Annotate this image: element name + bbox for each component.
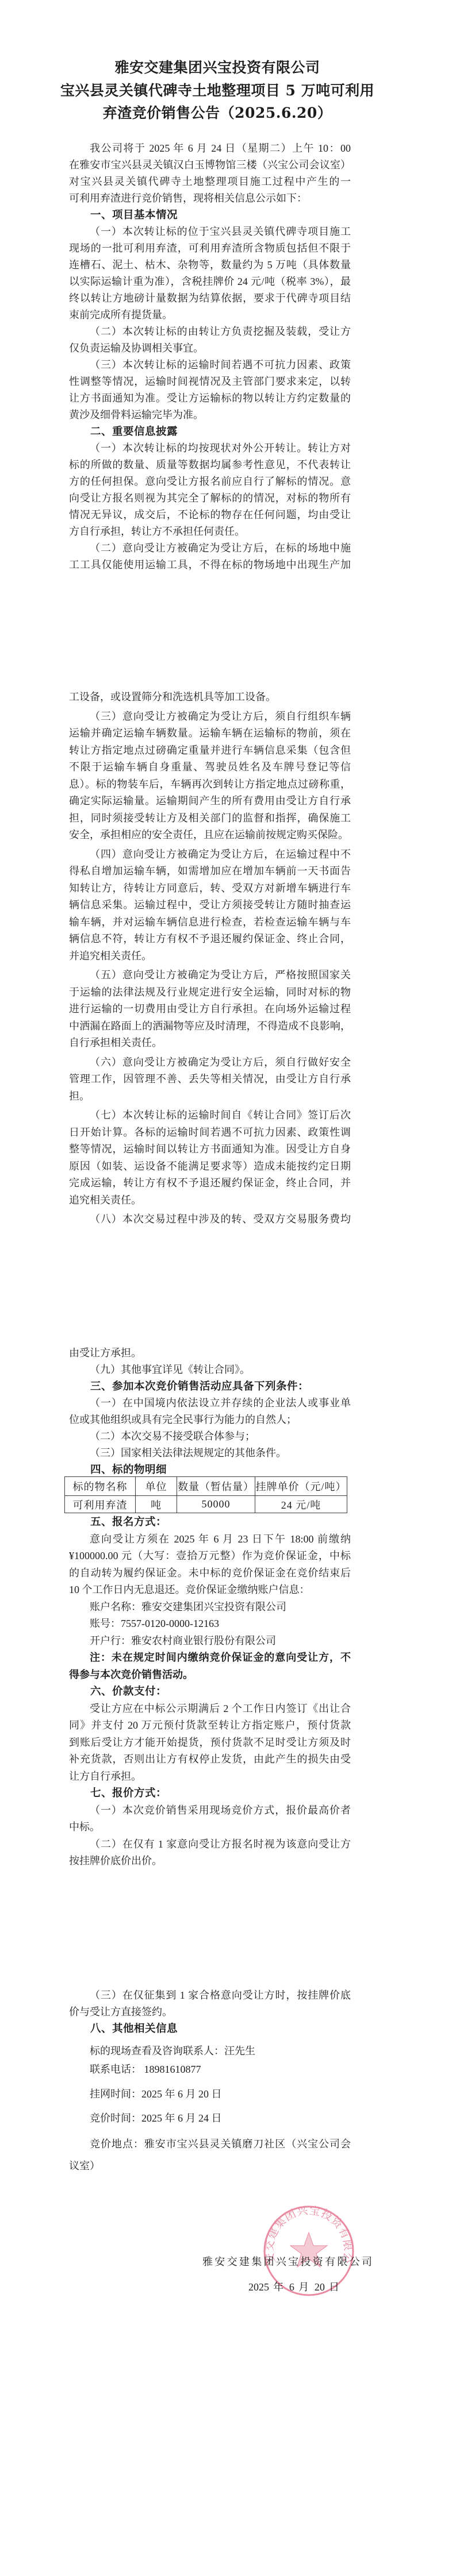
text-line: 于运输的法律法规及行业规定进行安全运输，同时对标的物 (69, 984, 351, 1001)
text-line: 运输并确定运输车辆数量。运输车辆在运输标的物前，须在 (69, 725, 351, 742)
text-line: 注：未在规定时间内缴纳竞价保证金的意向受让方，不 (69, 1649, 351, 1667)
text-line: 标的所做的数量、质量等数据均属参考性意见，不代表转让 (69, 457, 351, 473)
table-row: 可利用弃渣 吨 50000 24 元/吨 (65, 1496, 347, 1513)
text-line: 安全，承担相应的安全责任，且应在运输前按规定购买保险。 (69, 827, 351, 844)
section-heading-3: 三、参加本次竞价销售活动应具备下列条件： (69, 1378, 351, 1395)
section-heading-4: 四、标的物明细 (69, 1461, 351, 1478)
text-line: （二）本次转让标的由转让方负责挖掘及装载，受让方 (69, 323, 351, 340)
text-line: 转让方指定地点过磅确定重量并进行车辆信息采集（包含但 (69, 742, 351, 759)
text-line: 终以转让方地磅计量数据为结算依据，要求于代碑寺项目结 (69, 290, 351, 307)
section-heading-7: 七、报价方式： (69, 1785, 351, 1802)
column-header: 单位 (136, 1477, 177, 1496)
account-name: 账户名称：雅安交建集团兴宝投资有限公司 (69, 1599, 351, 1616)
text-line: （三）意向受让方被确定为受让方后，须自行组织车辆 (69, 708, 351, 726)
paragraph: （三）意向受让方被确定为受让方后，须自行组织车辆运输并确定运输车辆数量。运输车辆… (69, 708, 351, 844)
table-header-row: 标的物名称 单位 数量（暂估量） 挂牌单价（元/吨） (65, 1477, 347, 1496)
paragraph: （二）意向受让方被确定为受让方后，在标的场地中施工工具仅能使用运输工具，不得在标… (69, 540, 351, 573)
text-line: 得参与本次竞价销售活动。 (69, 1667, 351, 1684)
text-line: 输车辆，并对运输车辆信息进行检查，若检查运输车辆与车 (69, 914, 351, 931)
text-line: （一）在中国境内依法设立并存续的企业法人或事业单 (69, 1395, 351, 1412)
text-line: 中标。 (69, 1819, 351, 1836)
table-cell-unit: 吨 (136, 1496, 177, 1513)
text-line: 担，同时须接受转让方及相关部门的监督和指挥，确保施工 (69, 810, 351, 827)
text-line: 补充货款，否则出让方有权停止发货，由此产生的损失由受 (69, 1751, 351, 1768)
text-line: 以实际运输计重为准），含税挂牌价 24 元/吨（税率 3%），最 (69, 273, 351, 290)
paragraph: （二）本次交易不接受联合体参与； (69, 1428, 351, 1445)
paragraph: （九）其他事宜详见《转让合同》。 (69, 1362, 351, 1378)
text-line: 追究相关责任。 (69, 1192, 351, 1209)
table-cell-item-name: 可利用弃渣 (65, 1496, 136, 1513)
signature-date: 2025 年 6 月 20 日 (248, 2278, 339, 2296)
text-line: 方的任何担保。意向受让方报名前应自行了解标的情况。意 (69, 473, 351, 490)
document-title: 雅安交建集团兴宝投资有限公司 宝兴县灵关镇代碑寺土地整理项目 5 万吨可利用 弃… (46, 56, 389, 125)
posting-date: 挂网时间：2025 年 6 月 20 日 (69, 2086, 351, 2103)
table-cell-quantity: 50000 (177, 1496, 255, 1513)
paragraph: 意向受让方须在 2025 年 6 月 23 日下午 18:00 前缴纳¥1000… (69, 1531, 351, 1599)
paragraph: （一）本次转让标的位于宝兴县灵关镇代碑寺项目施工现场的一批可利用弃渣，可利用弃渣… (69, 223, 351, 323)
paragraph: （七）本次转让标的运输时间自《转让合同》签订后次日开始计算。各标的运输时间若遇不… (69, 1107, 351, 1209)
text-line: 完成运输，转让方有权不予退还履约保证金，终止合同，并 (69, 1175, 351, 1192)
text-line: 息）。标的物装车后，车辆再次到转让方指定地点过磅称重， (69, 776, 351, 793)
text-line: 方自行承担，转让方不承担任何责任。 (69, 523, 351, 540)
section-heading-5: 五、报名方式： (69, 1514, 351, 1531)
signature-company: 雅安交建集团兴宝投资有限公司 (202, 2253, 372, 2270)
text-line: （八）本次交易过程中涉及的转、受双方交易服务费均 (69, 1211, 351, 1228)
text-line: 让方自行承担。 (69, 1768, 351, 1786)
text-line: 我公司将于 2025 年 6 月 24 日（星期二）上午 10：00 (69, 140, 351, 157)
column-header: 数量（暂估量） (177, 1477, 255, 1496)
page-3-body-b: 五、报名方式： 意向受让方须在 2025 年 6 月 23 日下午 18:00 … (69, 1514, 351, 1870)
text-line: 现场的一批可利用弃渣，可利用弃渣所含物质包括但不限于 (69, 240, 351, 257)
text-line: 整等情况，运输时间以转让方书面通知为准。因受让方自身 (69, 1141, 351, 1158)
text-line: ¥100000.00 元（大写：壹拾万元整）作为竞价保证金，中标 (69, 1548, 351, 1565)
account-bank: 开户行：雅安农村商业银行股份有限公司 (69, 1633, 351, 1650)
text-line: 议室） (69, 2158, 351, 2174)
text-line: （一）本次转让标的均按现状对外公开转让。转让方对 (69, 440, 351, 457)
text-line: 受让方应在中标公示期满后 2 个工作日内签订《出让合 (69, 1700, 351, 1718)
paragraph-continued: 由受让方承担。 (69, 1345, 351, 1362)
text-line: 的自动转为履约保证金。未中标的竞价保证金在竞价结束后 (69, 1565, 351, 1582)
text-line: （四）意向受让方被确定为受让方后，在运输过程中不 (69, 846, 351, 863)
paragraph: （三）在仅征集到 1 家合格意向受让方时，按挂牌价底价与受让方直接签约。 (69, 1987, 351, 2020)
column-header: 标的物名称 (65, 1477, 136, 1496)
text-line: （六）意向受让方被确定为受让方后，须自行做好安全 (69, 1054, 351, 1071)
text-line: 对宝兴县灵关镇代碑寺土地整理项目施工过程中产生的一 (69, 173, 351, 190)
text-line: 束前完成所有提货量。 (69, 307, 351, 323)
text-line: 自行承担相关责任。 (69, 1035, 351, 1052)
text-line: 由受让方承担。 (69, 1345, 351, 1362)
text-line: 仅负责运输及协调相关事宜。 (69, 340, 351, 357)
section-heading-2: 二、重要信息披露 (69, 423, 351, 440)
deposit-note: 注：未在规定时间内缴纳竞价保证金的意向受让方，不得参与本次竞价销售活动。 (69, 1649, 351, 1683)
text-line: 原因（如装、运设备不能满足要求等）造成未能按约定日期 (69, 1158, 351, 1175)
text-line: 同》并支付 20 万元预付货款至转让方指定账户，预付货款 (69, 1717, 351, 1734)
paragraph: （三）国家相关法律法规规定的其他条件。 (69, 1445, 351, 1461)
title-line: 弃渣竞价销售公告（2025.6.20） (46, 102, 389, 125)
section-heading-6: 六、价款支付： (69, 1683, 351, 1700)
text-line: （二）在仅有 1 家意向受让方报名时视为该意向受让方 (69, 1836, 351, 1853)
text-line: 并追究相关责任。 (69, 948, 351, 965)
text-line: 位或其他组织或具有完全民事行为能力的自然人； (69, 1412, 351, 1428)
text-line: 10 个工作日内无息退还。竞价保证金缴纳账户信息： (69, 1582, 351, 1599)
text-line: 在雅安市宝兴县灵关镇汉白玉博物馆三楼（兴宝公司会议室） (69, 157, 351, 173)
text-line: 进行运输的一切费用由受让方自行承担。在向场外运输过程 (69, 1001, 351, 1018)
account-number: 账号：7557-0120-0000-12163 (69, 1615, 351, 1633)
paragraph: （三）本次转让标的运输时间若遇不可抗力因素、政策性调整等情况，运输时间视情况及主… (69, 357, 351, 423)
text-line: 工工具仅能使用运输工具，不得在标的物场地中出现生产加 (69, 557, 351, 573)
text-line: 确定实际运输量。运输期间产生的所有费用由受让方自行承 (69, 793, 351, 810)
title-line: 雅安交建集团兴宝投资有限公司 (46, 56, 389, 79)
text-line: 中洒漏在路面上的洒漏物等应及时清理，不得造成不良影响， (69, 1018, 351, 1035)
text-line: 知转让方，待转让方同意后，转、受双方对新增车辆进行车 (69, 880, 351, 897)
column-header: 挂牌单价（元/吨） (255, 1477, 347, 1496)
section-heading-8: 八、其他相关信息 (69, 2020, 351, 2037)
page-1-body: 我公司将于 2025 年 6 月 24 日（星期二）上午 10：00在雅安市宝兴… (69, 140, 351, 573)
text-line: （一）本次竞价销售采用现场竞价方式，报价最高价者 (69, 1802, 351, 1819)
page-2-body: 工设备，或设置筛分和洗选机具等加工设备。 （三）意向受让方被确定为受让方后，须自… (69, 689, 351, 1228)
text-line: 辆信息不符，转让方有权不予退还履约保证金、终止合同， (69, 931, 351, 948)
text-line: 到账后受让方才能开始提货，预付货款不足时受让方须及时 (69, 1734, 351, 1752)
text-line: 向受让方报名则视为其完全了解标的的情况，对标的物所有 (69, 490, 351, 507)
text-line: 辆信息采集。运输过程中，受让方须接受转让方随时抽查运 (69, 897, 351, 914)
text-line: 竞价地点：雅安市宝兴县灵关镇磨刀社区（兴宝公司会 (69, 2136, 351, 2153)
text-line: （三）本次转让标的运输时间若遇不可抗力因素、政策 (69, 357, 351, 373)
paragraph: （二）在仅有 1 家意向受让方报名时视为该意向受让方按挂牌价底价出价。 (69, 1836, 351, 1870)
text-line: 按挂牌价底价出价。 (69, 1853, 351, 1870)
text-line: 黄沙及细骨料运输完毕为准。 (69, 407, 351, 423)
text-line: （五）意向受让方被确定为受让方后，严格按照国家关 (69, 967, 351, 984)
paragraph: （四）意向受让方被确定为受让方后，在运输过程中不得私自增加运输车辆，如需增加应在… (69, 846, 351, 965)
paragraph: （六）意向受让方被确定为受让方后，须自行做好安全管理工作，因管理不善、丢失等相关… (69, 1054, 351, 1105)
paragraph: （一）本次转让标的均按现状对外公开转让。转让方对标的所做的数量、质量等数据均属参… (69, 440, 351, 540)
bidding-date: 竞价时间：2025 年 6 月 24 日 (69, 2110, 351, 2127)
paragraph: （一）本次竞价销售采用现场竞价方式，报价最高价者中标。 (69, 1802, 351, 1836)
text-line: 管理工作，因管理不善、丢失等相关情况，由受让方自行承 (69, 1071, 351, 1088)
text-line: 不限于运输车辆自身重量、驾驶员姓名及车牌号登记等信 (69, 759, 351, 776)
paragraph-continued: 工设备，或设置筛分和洗选机具等加工设备。 (69, 689, 351, 706)
text-line: 可利用弃渣进行竞价销售，现将相关信息公示如下： (69, 190, 351, 207)
text-line: 性调整等情况，运输时间视情况及主管部门要求来定，以转 (69, 373, 351, 390)
intro-paragraph: 我公司将于 2025 年 6 月 24 日（星期二）上午 10：00在雅安市宝兴… (69, 140, 351, 207)
section-heading-1: 一、项目基本情况 (69, 207, 351, 223)
text-line: 担。 (69, 1088, 351, 1105)
page-3-body-a: 由受让方承担。 （九）其他事宜详见《转让合同》。 三、参加本次竞价销售活动应具备… (69, 1345, 351, 1478)
text-line: （二）本次交易不接受联合体参与； (69, 1428, 351, 1445)
text-line: （一）本次转让标的位于宝兴县灵关镇代碑寺项目施工 (69, 223, 351, 240)
contact-person: 标的现场查看及咨询联系人：汪先生 (69, 2043, 351, 2060)
text-line: （七）本次转让标的运输时间自《转让合同》签订后次 (69, 1107, 351, 1124)
text-line: （三）在仅征集到 1 家合格意向受让方时，按挂牌价底 (69, 1987, 351, 2004)
item-detail-table: 标的物名称 单位 数量（暂估量） 挂牌单价（元/吨） 可利用弃渣 吨 50000… (64, 1476, 347, 1513)
text-line: 得私自增加运输车辆，如需增加应在增加车辆前一天书面告 (69, 863, 351, 880)
table-cell-unit-price: 24 元/吨 (255, 1496, 347, 1513)
paragraph: 受让方应在中标公示期满后 2 个工作日内签订《出让合同》并支付 20 万元预付货… (69, 1700, 351, 1786)
paragraph: （一）在中国境内依法设立并存续的企业法人或事业单位或其他组织或具有完全民事行为能… (69, 1395, 351, 1428)
text-line: 工设备，或设置筛分和洗选机具等加工设备。 (69, 689, 351, 706)
text-line: （三）国家相关法律法规规定的其他条件。 (69, 1445, 351, 1461)
text-line: 价与受让方直接签约。 (69, 2004, 351, 2020)
text-line: 意向受让方须在 2025 年 6 月 23 日下午 18:00 前缴纳 (69, 1531, 351, 1548)
text-line: 情况无异议，成交后，不论标的物存在任何问题，均由受让 (69, 507, 351, 523)
contact-phone: 联系电话： 18981610877 (69, 2061, 351, 2078)
text-line: 连槽石、泥土、枯木、杂物等，数量约为 5 万吨（具体数量 (69, 257, 351, 273)
text-line: 让方书面通知为准。受让方运输标的物以转让方约定数量的 (69, 390, 351, 407)
text-line: 日开始计算。各标的运输时间若遇不可抗力因素、政策性调 (69, 1124, 351, 1142)
page-4-body: （三）在仅征集到 1 家合格意向受让方时，按挂牌价底价与受让方直接签约。 八、其… (69, 1987, 351, 2174)
title-line: 宝兴县灵关镇代碑寺土地整理项目 5 万吨可利用 (46, 79, 389, 102)
bidding-venue: 竞价地点：雅安市宝兴县灵关镇磨刀社区（兴宝公司会议室） (69, 2136, 351, 2174)
paragraph: （五）意向受让方被确定为受让方后，严格按照国家关于运输的法律法规及行业规定进行安… (69, 967, 351, 1052)
text-line: （二）意向受让方被确定为受让方后，在标的场地中施 (69, 540, 351, 557)
paragraph: （二）本次转让标的由转让方负责挖掘及装载，受让方仅负责运输及协调相关事宜。 (69, 323, 351, 357)
paragraph: （八）本次交易过程中涉及的转、受双方交易服务费均 (69, 1211, 351, 1228)
text-line: （九）其他事宜详见《转让合同》。 (69, 1362, 351, 1378)
